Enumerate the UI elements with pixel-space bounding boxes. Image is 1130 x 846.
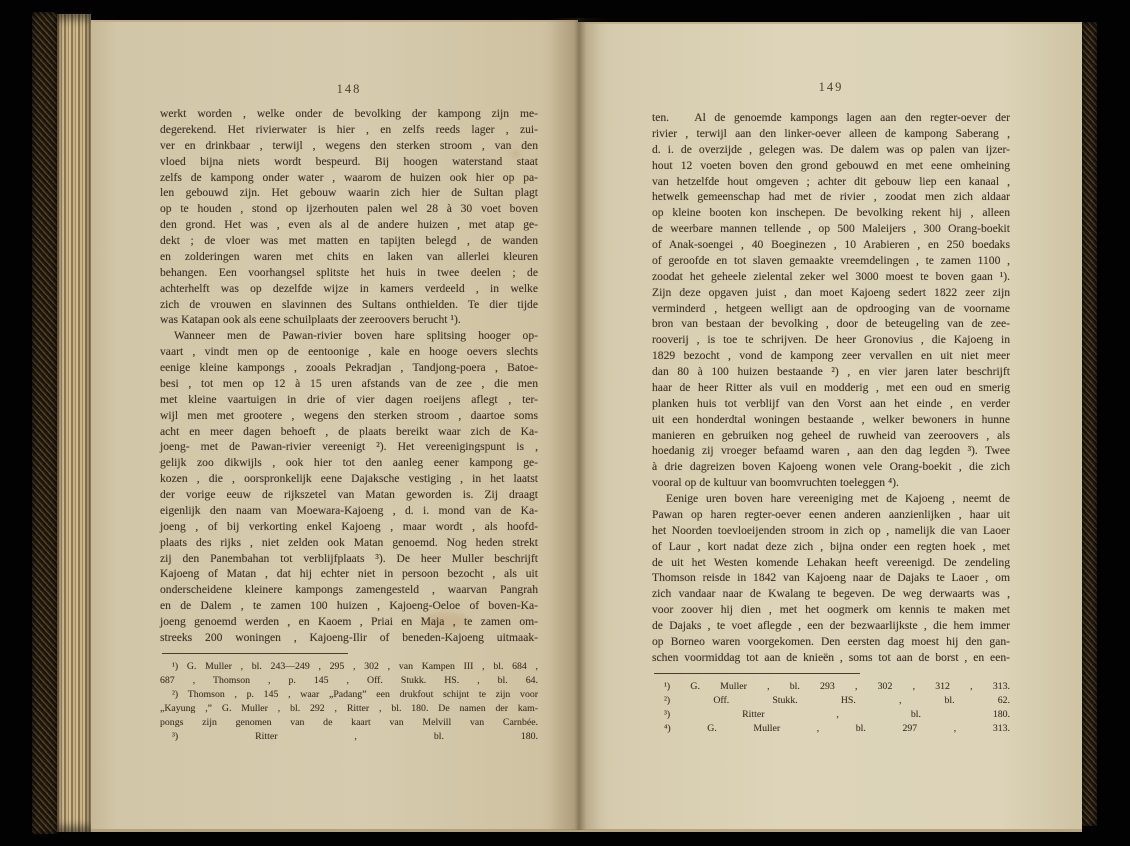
footnote-line: ¹) G. Muller , bl. 293 , 302 , 312 , 313… bbox=[652, 680, 1010, 694]
body-text-line: vaart , vindt men op de eentoonige , kal… bbox=[160, 344, 538, 360]
footnote-rule-left bbox=[162, 653, 348, 654]
body-text-line: haar de heer Ritter als vuil en modderig… bbox=[652, 380, 1010, 396]
body-text-line: uit een honderdtal woningen bestaande , … bbox=[652, 412, 1010, 428]
body-text-line: Pawan op haren regter-oever eenen andere… bbox=[652, 507, 1010, 523]
footnote-line: ²) Thomson , p. 145 , waar „Padang” een … bbox=[160, 688, 538, 702]
body-text-line: het Noorden toevloeijenden stroom in zic… bbox=[652, 523, 1010, 539]
body-text-line: was Katapan ook als eene schuilplaats de… bbox=[160, 312, 538, 328]
body-text-line: bron van bestaan der bevolking , door de… bbox=[652, 316, 1010, 332]
body-text-line: verminderd , hetgeen welligt aan de opdr… bbox=[652, 301, 1010, 317]
body-text-line: zij den Panembahan tot verblijfplaats ³)… bbox=[160, 551, 538, 567]
body-text-line: dekt ; de vloer was met matten en tapijt… bbox=[160, 233, 538, 249]
body-text-line: hout 12 voeten boven den grond gebouwd e… bbox=[652, 158, 1010, 174]
body-text-line: vooral op de kultuur van boomvruchten to… bbox=[652, 475, 1010, 491]
footnote-line: pongs zijn genomen van de kaart van Melv… bbox=[160, 716, 538, 730]
left-page-footnotes: ¹) G. Muller , bl. 243—249 , 295 , 302 ,… bbox=[160, 660, 538, 743]
body-text-line: rivier , terwijl aan den linker-oever al… bbox=[652, 126, 1010, 142]
body-text-line: degerekend. Het rivierwater is hier , en… bbox=[160, 122, 538, 138]
body-text-line: de weerbare mannen tellende , op 500 Mal… bbox=[652, 221, 1010, 237]
body-text-line: en de Dalem , te zamen 100 huizen , Kajo… bbox=[160, 598, 538, 614]
body-text-line: ver en drinkbaar , terwijl , wegens den … bbox=[160, 138, 538, 154]
body-text-line: joeng genoemd werden , en Kaoem , Priai … bbox=[160, 614, 538, 630]
body-text-line: kozen , die , oorspronkelijk eene Dajaks… bbox=[160, 471, 538, 487]
left-page-body: werkt worden , welke onder de bevolking … bbox=[160, 106, 538, 646]
footnote-line: 687 , Thomson , p. 145 , Off. Stukk. HS.… bbox=[160, 674, 538, 688]
page-number-right: 149 bbox=[652, 80, 1010, 95]
body-text-line: en zolderingen waren met chits en laken … bbox=[160, 249, 538, 265]
footnote-line: ³) Ritter , bl. 180. bbox=[160, 730, 538, 744]
footnote-line: ⁴) G. Muller , bl. 297 , 313. bbox=[652, 722, 1010, 736]
body-text-line: hetwelk gemeenschap had met de rivier , … bbox=[652, 189, 1010, 205]
page-edge-stack-left bbox=[57, 14, 91, 832]
body-text-line: of Laur , kort nadat deze zich , bijna o… bbox=[652, 539, 1010, 555]
body-text-line: à drie dagreizen boven Kajoeng wonen vel… bbox=[652, 459, 1010, 475]
body-text-line: zelfs de kampong onder water , waarom de… bbox=[160, 170, 538, 186]
body-text-line: behangen. Een voorhangsel splitste het h… bbox=[160, 265, 538, 281]
body-text-line: dan 80 à 100 huizen bestaande ²) , en vi… bbox=[652, 364, 1010, 380]
body-text-line: zich de vrouwen en slavinnen des Sultans… bbox=[160, 297, 538, 313]
body-text-line: 1829 bezocht , vond de kampong zeer verv… bbox=[652, 348, 1010, 364]
footnote-line: ²) Off. Stukk. HS. , bl. 62. bbox=[652, 694, 1010, 708]
body-text-line: met kleine vaartuigen in drie of vier da… bbox=[160, 392, 538, 408]
body-text-line: der vorige eeuw de rijkszetel van Matan … bbox=[160, 487, 538, 503]
page-number-left: 148 bbox=[160, 82, 538, 97]
body-text-line: joeng- met de Pawan-rivier vereenigt ²).… bbox=[160, 439, 538, 455]
body-text-line: besi , tot men op 12 à 15 uren afstands … bbox=[160, 376, 538, 392]
book-photo-scene: 148 werkt worden , welke onder de bevolk… bbox=[0, 0, 1130, 846]
body-text-line: Zijn deze opgaven juist , dan moet Kajoe… bbox=[652, 285, 1010, 301]
body-text-line: achterhelft was op dezelfde wijze in kam… bbox=[160, 281, 538, 297]
body-text-line: de Dajaks , te voet aflegde , een der be… bbox=[652, 618, 1010, 634]
right-page-body: ten. Al de genoemde kampongs lagen aan d… bbox=[652, 110, 1010, 666]
body-text-line: ten. Al de genoemde kampongs lagen aan d… bbox=[652, 110, 1010, 126]
body-text-line: op kleine booten kon inschepen. De bevol… bbox=[652, 205, 1010, 221]
body-text-line: plaats des rijks , niet zelden ook Matan… bbox=[160, 535, 538, 551]
body-text-line: planken huis tot verblijf van den Vorst … bbox=[652, 396, 1010, 412]
body-text-line: vloed bijna niets wordt bespeurd. Bij ho… bbox=[160, 154, 538, 170]
footnote-rule-right bbox=[654, 673, 860, 674]
body-text-line: streeks 200 woningen , Kajoeng-Ilir of b… bbox=[160, 630, 538, 646]
body-text-line: van hetzelfde hout omgeven ; achter dit … bbox=[652, 174, 1010, 190]
book-cover-cloth-left bbox=[32, 12, 57, 834]
body-text-line: schen voormiddag tot aan de knieën , som… bbox=[652, 650, 1010, 666]
body-text-line: manieren en gebruiken nog geheel de ruwh… bbox=[652, 428, 1010, 444]
body-text-line: Thomson reisde in 1842 van Kajoeng naar … bbox=[652, 570, 1010, 586]
book-cover-cloth-right bbox=[1082, 22, 1097, 826]
body-text-line: gelijk zoo dikwijls , ook hier tot den a… bbox=[160, 455, 538, 471]
body-text-line: Wanneer men de Pawan-rivier boven hare s… bbox=[160, 328, 538, 344]
body-text-line: op te houden , stond op ijzerhouten pale… bbox=[160, 201, 538, 217]
body-text-line: werkt worden , welke onder de bevolking … bbox=[160, 106, 538, 122]
body-text-line: den grond. Het was , even als al de ande… bbox=[160, 217, 538, 233]
body-text-line: zich vandaar naar de Kwalang te begeven.… bbox=[652, 586, 1010, 602]
right-page-footnotes: ¹) G. Muller , bl. 293 , 302 , 312 , 313… bbox=[652, 680, 1010, 736]
body-text-line: joeng , of bij verkorting enkel Kajoeng … bbox=[160, 519, 538, 535]
body-text-line: of geroofde en tot slaven gemaakte vreem… bbox=[652, 253, 1010, 269]
body-text-line: Eenige uren boven hare vereeniging met d… bbox=[652, 491, 1010, 507]
body-text-line: acht en meer dagen behoeft , de plaats b… bbox=[160, 424, 538, 440]
body-text-line: rooverij , is toe te schrijven. De heer … bbox=[652, 332, 1010, 348]
body-text-line: de uit het Westen komende Lehakan heeft … bbox=[652, 555, 1010, 571]
body-text-line: hoedanig zij vroeger befaamd waren , aan… bbox=[652, 443, 1010, 459]
body-text-line: d. i. de overzijde , gelegen was. De dal… bbox=[652, 142, 1010, 158]
body-text-line: of Anak-soengei , 40 Boeginezen , 10 Ara… bbox=[652, 237, 1010, 253]
body-text-line: eigenlijk den naam van Moewara-Kajoeng ,… bbox=[160, 503, 538, 519]
body-text-line: Kajoeng of Matan , dat hij echter niet i… bbox=[160, 566, 538, 582]
body-text-line: onderscheidene kleinere kampongs zamenge… bbox=[160, 582, 538, 598]
body-text-line: len gebouwd zijn. Het gebouw waarin zich… bbox=[160, 185, 538, 201]
body-text-line: voor zoover hij dien , met het oogmerk o… bbox=[652, 602, 1010, 618]
body-text-line: eenige kleine kampongs , zooals Pekradja… bbox=[160, 360, 538, 376]
body-text-line: wijl men met grootere , wegens den sterk… bbox=[160, 408, 538, 424]
footnote-line: ³) Ritter , bl. 180. bbox=[652, 708, 1010, 722]
footnote-line: ¹) G. Muller , bl. 243—249 , 295 , 302 ,… bbox=[160, 660, 538, 674]
body-text-line: op Borneo waren voorgekomen. Den eersten… bbox=[652, 634, 1010, 650]
footnote-line: „Kayung ,” G. Muller , bl. 292 , Ritter … bbox=[160, 702, 538, 716]
body-text-line: zoodat het geheele zielental zeker wel 3… bbox=[652, 269, 1010, 285]
